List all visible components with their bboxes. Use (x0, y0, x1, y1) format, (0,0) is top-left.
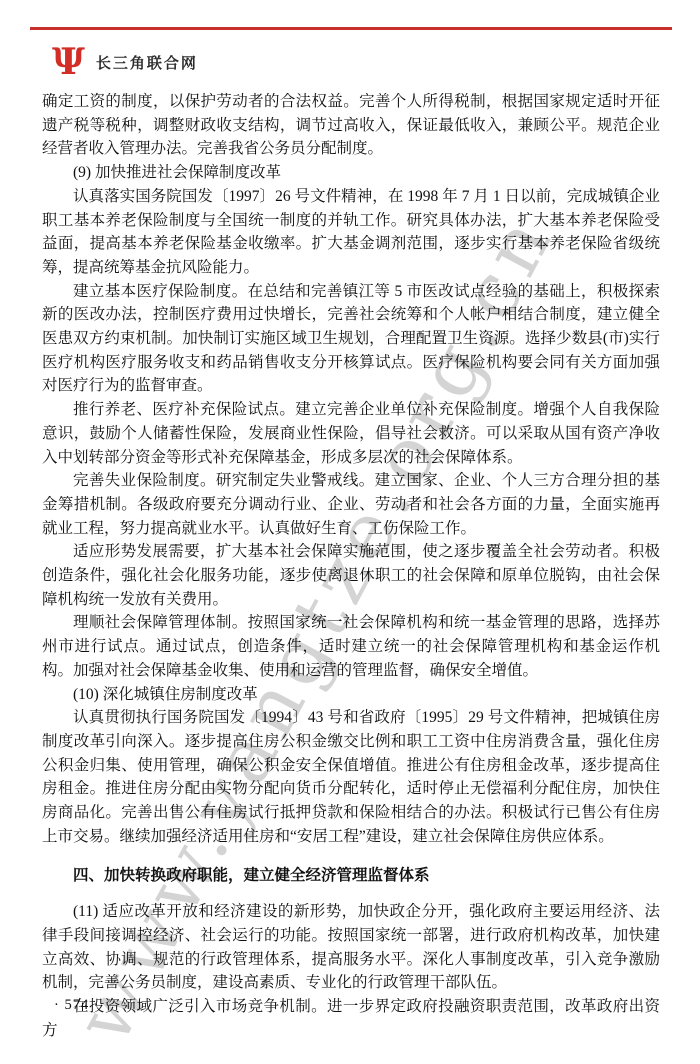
document-body: 确定工资的制度，以保护劳动者的合法权益。完善个人所得税制，根据国家规定适时开征遗… (42, 90, 660, 1042)
paragraph-continuation: 确定工资的制度，以保护劳动者的合法权益。完善个人所得税制，根据国家规定适时开征遗… (42, 90, 660, 161)
paragraph-investment-competition: 在投资领域广泛引入市场竞争机制。进一步界定政府投融资职责范围，改革政府出资方 (42, 995, 660, 1042)
site-header[interactable]: Ψ 长三角联合网 (52, 44, 198, 80)
subheading-item-10: (10) 深化城镇住房制度改革 (42, 683, 660, 707)
site-name: 长三角联合网 (96, 52, 198, 73)
paragraph-housing-reform: 认真贯彻执行国务院国发〔1994〕43 号和省政府〔1995〕29 号文件精神，… (42, 706, 660, 848)
site-logo-icon: Ψ (52, 44, 85, 80)
paragraph-supplementary-insurance: 推行养老、医疗补充保险试点。建立完善企业单位补充保险制度。增强个人自我保险意识，… (42, 398, 660, 469)
paragraph-government-functions: (11) 适应改革开放和经济建设的新形势，加快政企分开，强化政府主要运用经济、法… (42, 900, 660, 995)
header-rule (30, 27, 672, 30)
paragraph-coverage-expansion: 适应形势发展需要，扩大基本社会保障实施范围，使之逐步覆盖全社会劳动者。积极创造条… (42, 540, 660, 611)
document-page: Ψ 长三角联合网 www.yangtze.org.cn 确定工资的制度，以保护劳… (0, 0, 700, 1064)
page-number: · 574 · (54, 997, 100, 1014)
section-heading-4: 四、加快转换政府职能，建立健全经济管理监督体系 (42, 864, 660, 888)
paragraph-medical-insurance: 建立基本医疗保险制度。在总结和完善镇江等 5 市医改试点经验的基础上，积极探索新… (42, 280, 660, 399)
paragraph-unemployment-insurance: 完善失业保险制度。研究制定失业警戒线。建立国家、企业、个人三方合理分担的基金筹措… (42, 469, 660, 540)
paragraph-management-system: 理顺社会保障管理体制。按照国家统一社会保障机构和统一基金管理的思路，选择苏州市进… (42, 611, 660, 682)
paragraph-pension-reform: 认真落实国务院国发〔1997〕26 号文件精神，在 1998 年 7 月 1 日… (42, 185, 660, 280)
subheading-item-9: (9) 加快推进社会保障制度改革 (42, 161, 660, 185)
